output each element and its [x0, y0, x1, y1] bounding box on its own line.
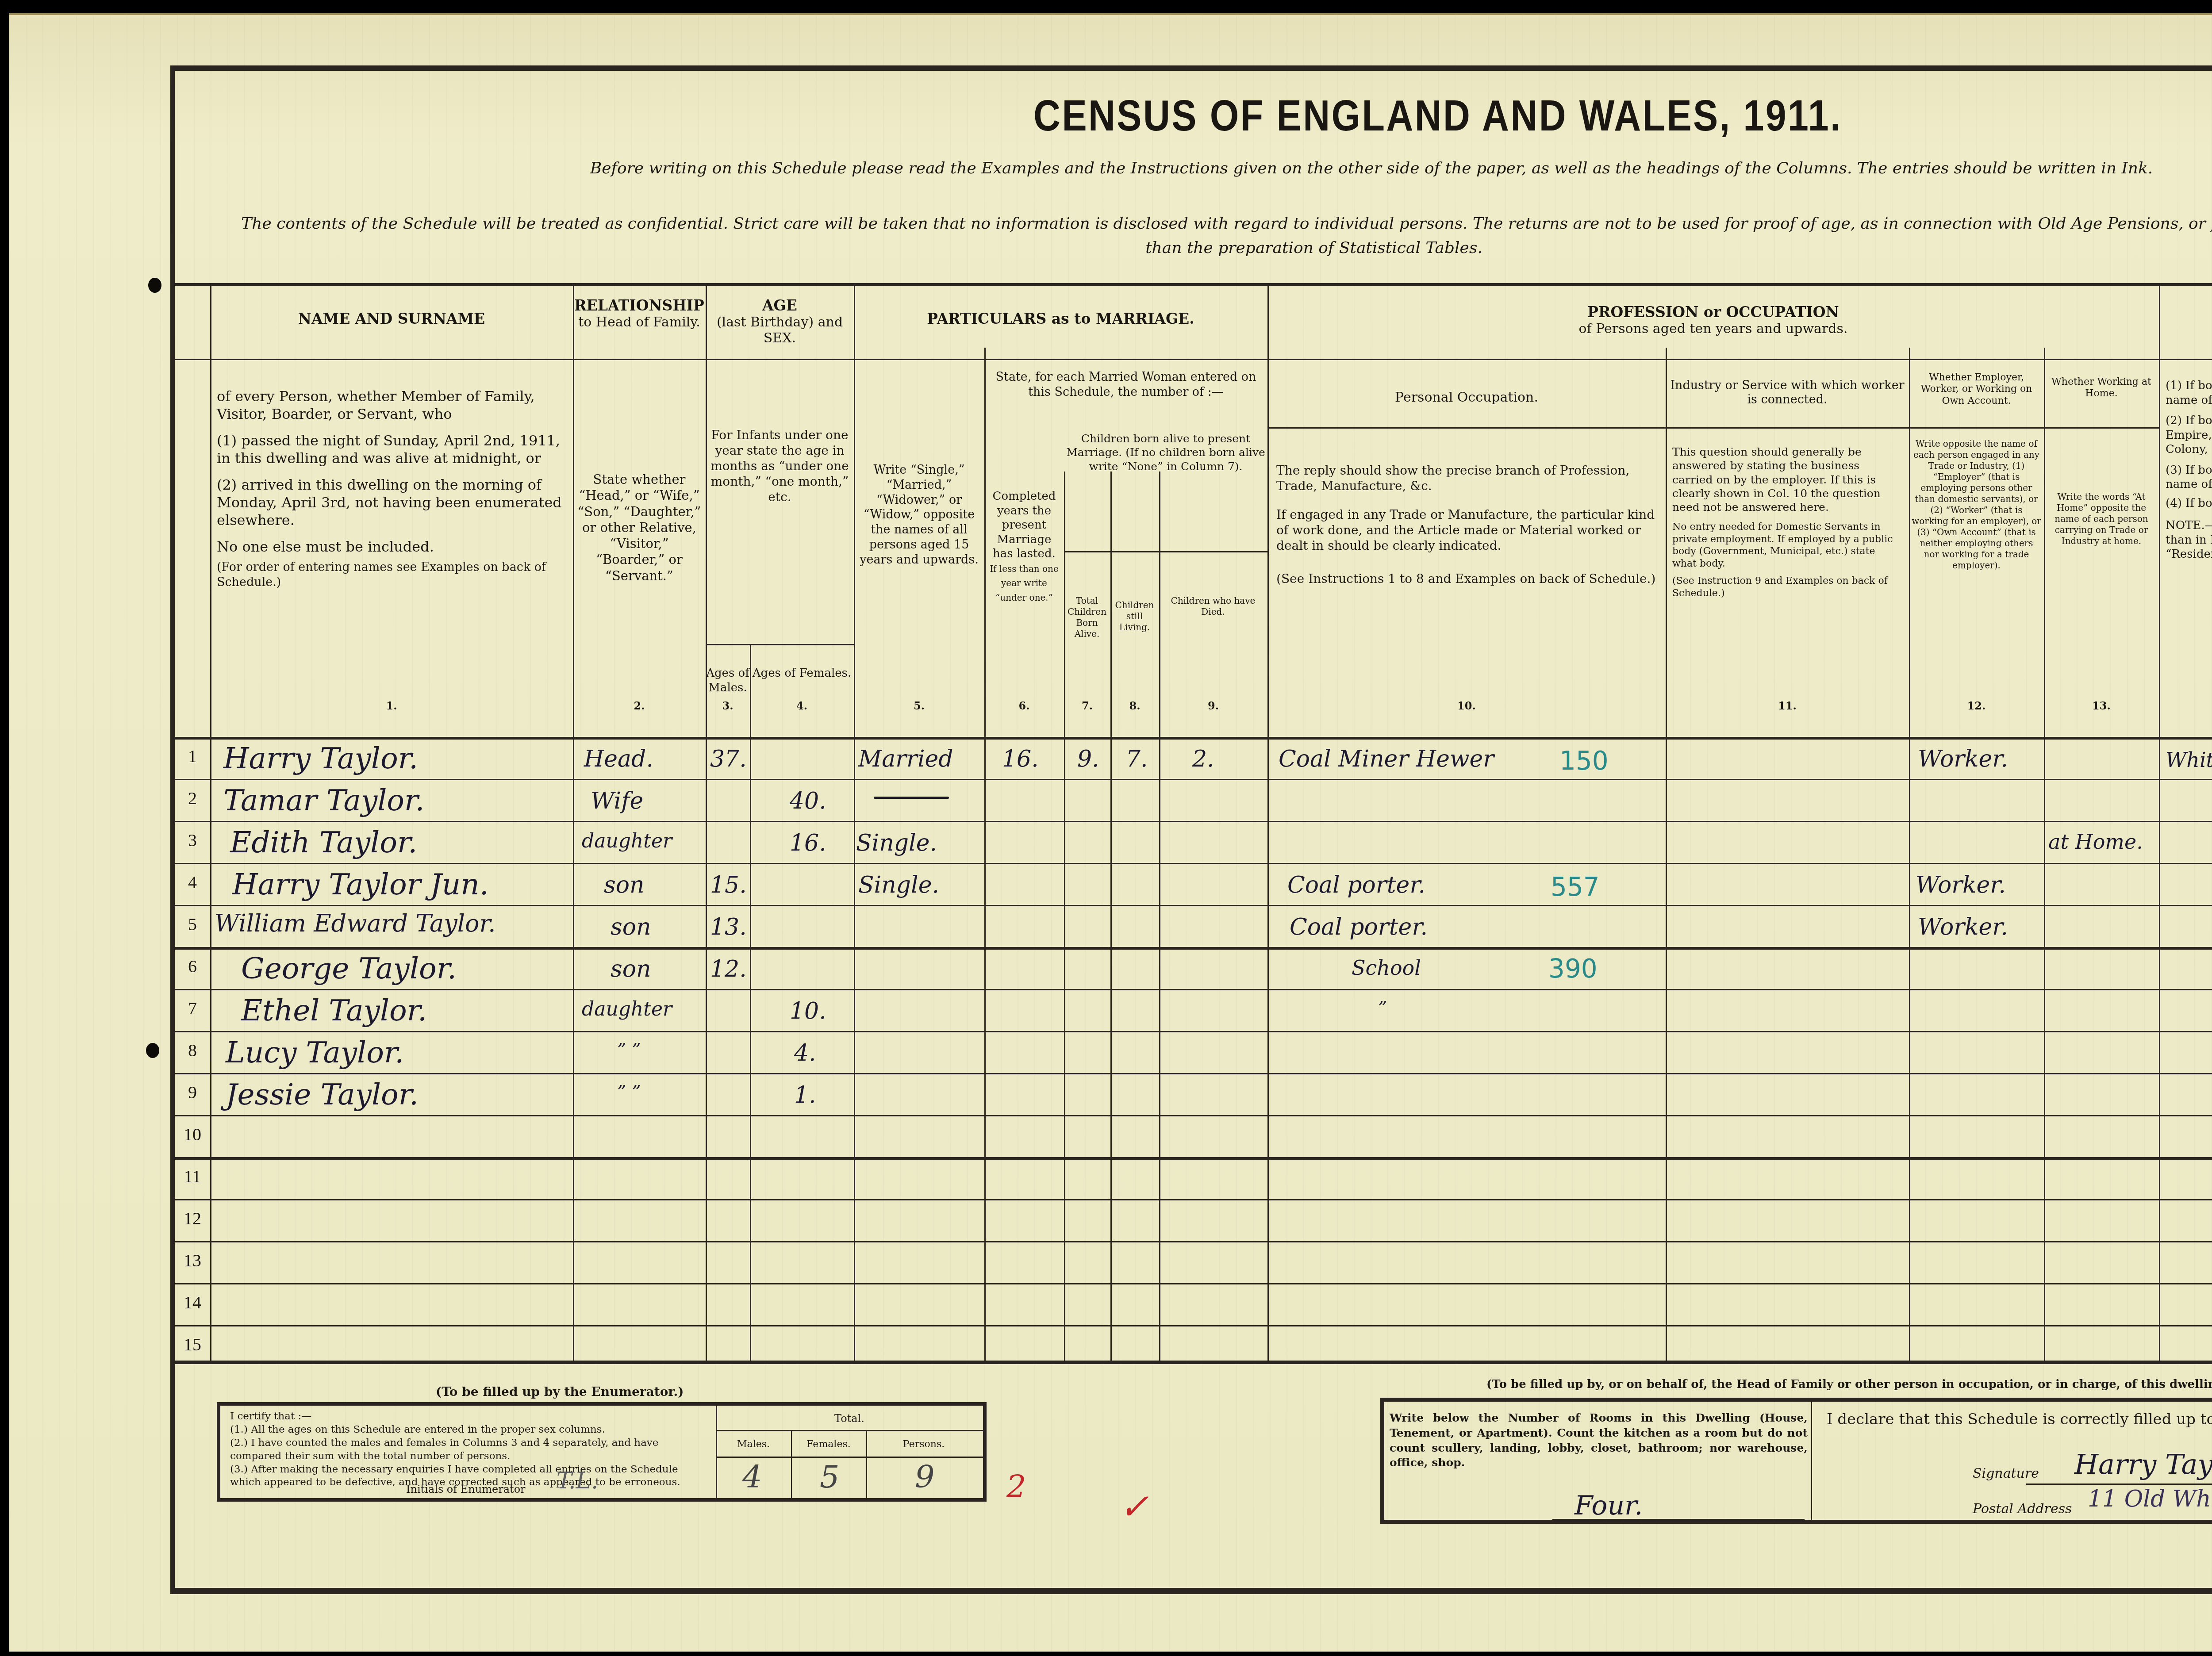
- signature: Harry Taylor: [2074, 1448, 2212, 1480]
- age-female: 10.: [790, 998, 826, 1024]
- age-male: 15.: [710, 872, 747, 898]
- column-number: 6.: [984, 699, 1064, 712]
- declaration-text: I declare that this Schedule is correctl…: [1827, 1411, 2212, 1428]
- column-number: 2.: [573, 699, 706, 712]
- occupation: Coal porter.: [1290, 914, 1428, 940]
- enumerator-initials: T.L.: [557, 1468, 599, 1494]
- relationship: son: [604, 872, 644, 898]
- occupation: Coal porter.: [1287, 872, 1425, 898]
- column-number: 13.: [2044, 699, 2159, 712]
- row-number: 12: [179, 1208, 206, 1229]
- occupation-ditto: ”: [1378, 998, 1387, 1018]
- column-number: 5.: [854, 699, 984, 712]
- condition-instructions: Write “Single,” “Married,” “Widower,” or…: [858, 463, 980, 567]
- females-label: Females.: [791, 1439, 866, 1450]
- enumerator-caption: (To be filled up by the Enumerator.): [436, 1384, 684, 1399]
- row-number: 7: [179, 998, 206, 1019]
- working-at-home-instructions: Write the words “At Home” opposite the n…: [2048, 491, 2154, 547]
- confidential-line: The contents of the Schedule will be tre…: [186, 215, 2212, 233]
- rooms-instruction: Write below the Number of Rooms in this …: [1390, 1411, 1808, 1470]
- at-home: at Home.: [2048, 830, 2143, 854]
- name-instructions: of every Person, whether Member of Famil…: [217, 387, 566, 590]
- red-tick-icon: ✓: [1119, 1486, 1149, 1527]
- column-number: 9.: [1159, 699, 1267, 712]
- census-table: NAME AND SURNAME RELATIONSHIPto Head of …: [175, 283, 2212, 1364]
- marital-condition: Single.: [856, 830, 937, 856]
- row-number: 13: [179, 1250, 206, 1271]
- relationship: daughter: [582, 830, 672, 852]
- age-male: 12.: [710, 956, 747, 982]
- birthplace-instructions: (1) If born in the United Kingdom, write…: [2166, 379, 2212, 562]
- age-female: 4.: [794, 1040, 816, 1066]
- relationship: daughter: [582, 998, 672, 1020]
- employer-status-label: Whether Employer, Worker, or Working on …: [1909, 372, 2044, 407]
- header-occupation: PROFESSION or OCCUPATIONof Persons aged …: [1267, 303, 2159, 337]
- relationship: son: [611, 914, 651, 940]
- row-number: 15: [179, 1334, 206, 1355]
- occupation: School: [1352, 956, 1421, 980]
- relationship-ditto: ” ”: [617, 1040, 641, 1060]
- relationship: son: [611, 956, 651, 982]
- employer-status-instructions: Write opposite the name of each person e…: [1911, 438, 2042, 571]
- age-instructions: For Infants under one year state the age…: [708, 427, 852, 505]
- row-number: 2: [179, 788, 206, 809]
- person-name: Harry Taylor Jun.: [232, 867, 489, 901]
- page-title: CENSUS OF ENGLAND AND WALES, 1911.: [1000, 91, 1875, 141]
- working-at-home-label: Whether Working at Home.: [2044, 376, 2159, 400]
- postal-address: 11 Old Whittington Hill St. Chesterfield: [2088, 1486, 2212, 1512]
- confidential-line-2: than the preparation of Statistical Tabl…: [186, 239, 2212, 257]
- person-name: Ethel Taylor.: [241, 993, 427, 1027]
- header-marriage: PARTICULARS as to MARRIAGE.: [854, 310, 1267, 328]
- column-number: 12.: [1909, 699, 2044, 712]
- age-female: 16.: [790, 830, 826, 856]
- row-number: 10: [179, 1124, 206, 1145]
- column-number: 4.: [750, 699, 854, 712]
- row-number: 6: [179, 956, 206, 977]
- age-males-label: Ages of Males.: [706, 666, 750, 695]
- row-number: 8: [179, 1040, 206, 1061]
- enumerator-certificate: I certify that :— (1.) All the ages on t…: [217, 1402, 987, 1502]
- row-number: 14: [179, 1292, 206, 1313]
- certificate-text: I certify that :— (1.) All the ages on t…: [230, 1410, 708, 1489]
- relationship: Head.: [584, 746, 653, 772]
- years-married-label: Completed years the present Marriage has…: [987, 489, 1062, 604]
- header-name: NAME AND SURNAME: [210, 310, 573, 328]
- occupation-code: 150: [1559, 746, 1609, 776]
- total-label: Total.: [716, 1412, 983, 1425]
- total-females: 5: [820, 1459, 840, 1495]
- header-birthplace: BIRTHPLACEof every person.: [2159, 303, 2212, 337]
- married-woman-instructions: State, for each Married Woman entered on…: [989, 370, 1263, 400]
- column-number: 7.: [1064, 699, 1110, 712]
- age-male: 13.: [710, 914, 747, 940]
- column-number: 1.: [210, 699, 573, 712]
- persons-label: Persons.: [866, 1439, 981, 1450]
- column-number: 11.: [1666, 699, 1909, 712]
- children-living: 7.: [1126, 746, 1148, 772]
- column-number: 14: [2159, 699, 2212, 712]
- industry-instructions: This question should generally be answer…: [1672, 445, 1902, 599]
- relationship: Wife: [591, 788, 643, 814]
- header-relationship: RELATIONSHIPto Head of Family.: [573, 297, 706, 330]
- industry-label: Industry or Service with which worker is…: [1666, 379, 1909, 407]
- children-born: 9.: [1077, 746, 1099, 772]
- children-died: 2.: [1192, 746, 1214, 772]
- punch-hole: [146, 1043, 159, 1058]
- marital-condition: Single.: [858, 872, 939, 898]
- employment-status: Worker.: [1918, 746, 2008, 772]
- row-number: 9: [179, 1082, 206, 1103]
- total-males: 4: [742, 1459, 762, 1495]
- person-name: William Edward Taylor.: [215, 909, 496, 937]
- relationship-ditto: ” ”: [617, 1082, 641, 1102]
- employment-status: Worker.: [1916, 872, 2006, 898]
- person-name: Lucy Taylor.: [226, 1035, 404, 1069]
- males-label: Males.: [716, 1439, 791, 1450]
- years-married: 16.: [1002, 746, 1039, 772]
- header-age: AGE(last Birthday) and SEX.: [706, 297, 854, 346]
- row-number: 1: [179, 746, 206, 767]
- person-name: Harry Taylor.: [223, 741, 418, 775]
- birthplace: Whittington Derbyshire: [2166, 748, 2212, 772]
- personal-occupation-label: Personal Occupation.: [1267, 390, 1666, 406]
- employment-status: Worker.: [1918, 914, 2008, 940]
- address-label: Postal Address: [1973, 1501, 2072, 1517]
- person-name: George Taylor.: [241, 951, 457, 985]
- row-number: 4: [179, 872, 206, 893]
- red-check-number: 2: [1006, 1468, 1026, 1505]
- row-number: 5: [179, 914, 206, 935]
- children-living-label: Children still Living.: [1111, 600, 1158, 633]
- row-number: 3: [179, 830, 206, 851]
- punch-hole: [148, 278, 161, 293]
- signature-label: Signature: [1973, 1466, 2039, 1481]
- column-number: 10.: [1267, 699, 1666, 712]
- rooms-count: Four.: [1575, 1490, 1643, 1521]
- total-children-label: Total Children Born Alive.: [1065, 595, 1109, 640]
- column-number: 8.: [1110, 699, 1159, 712]
- children-instructions: Children born alive to present Marriage.…: [1066, 432, 1265, 473]
- occupation-code: 390: [1548, 954, 1598, 984]
- householder-declaration: Write below the Number of Rooms in this …: [1380, 1398, 2212, 1524]
- person-name: Tamar Taylor.: [223, 783, 424, 817]
- occupation: Coal Miner Hewer: [1279, 746, 1494, 772]
- row-number: 11: [179, 1166, 206, 1187]
- age-female: 40.: [790, 788, 826, 814]
- age-male: 37.: [710, 746, 747, 772]
- children-died-label: Children who have Died.: [1160, 595, 1266, 617]
- total-persons: 9: [915, 1459, 935, 1495]
- initials-label: Initials of Enumerator: [406, 1483, 526, 1495]
- person-name: Jessie Taylor.: [226, 1077, 419, 1112]
- personal-occupation-instructions: The reply should show the precise branch…: [1276, 463, 1657, 586]
- householder-caption: (To be filled up by, or on behalf of, th…: [1486, 1378, 2212, 1391]
- age-female: 1.: [794, 1082, 816, 1108]
- relationship-instructions: State whether “Head,” or “Wife,” “Son,” …: [577, 471, 701, 584]
- person-name: Edith Taylor.: [230, 825, 417, 859]
- occupation-code: 557: [1551, 872, 1600, 902]
- frame-bottom-bar: [170, 1588, 2212, 1594]
- marital-condition: Married: [858, 746, 953, 772]
- condition-dash: [874, 797, 949, 799]
- column-number: 3.: [706, 699, 750, 712]
- instruction-line: Before writing on this Schedule please r…: [354, 159, 2212, 177]
- age-females-label: Ages of Females.: [750, 666, 854, 681]
